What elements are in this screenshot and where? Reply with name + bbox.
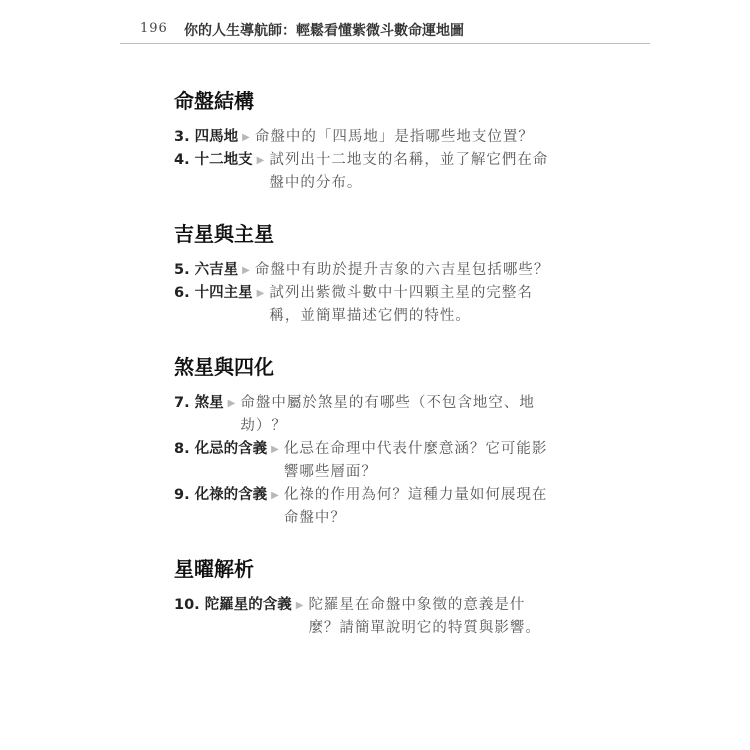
question-label: 5. 六吉星 bbox=[174, 259, 238, 282]
section-malefic-stars-and-transformations: 煞星與四化 7. 煞星 ▶ 命盤中屬於煞星的有哪些（不包含地空、地劫）？ 8. … bbox=[174, 354, 554, 530]
question-text: 陀羅星在命盤中象徵的意義是什麼？請簡單說明它的特質與影響。 bbox=[308, 594, 554, 640]
question-label: 7. 煞星 bbox=[174, 392, 224, 415]
section-title: 煞星與四化 bbox=[174, 354, 554, 380]
section-title: 星曜解析 bbox=[174, 556, 554, 582]
question-label: 8. 化忌的含義 bbox=[174, 438, 267, 461]
page-content: 命盤結構 3. 四馬地 ▶ 命盤中的「四馬地」是指哪些地支位置？ 4. 十二地支… bbox=[174, 88, 554, 666]
question-item: 8. 化忌的含義 ▶ 化忌在命理中代表什麼意涵？它可能影響哪些層面？ bbox=[174, 438, 554, 484]
question-item: 10. 陀羅星的含義 ▶ 陀羅星在命盤中象徵的意義是什麼？請簡單說明它的特質與影… bbox=[174, 594, 554, 640]
section-title: 吉星與主星 bbox=[174, 221, 554, 247]
question-item: 3. 四馬地 ▶ 命盤中的「四馬地」是指哪些地支位置？ bbox=[174, 126, 554, 149]
page-number: 196 bbox=[140, 21, 168, 36]
triangle-right-icon: ▶ bbox=[271, 438, 279, 461]
triangle-right-icon: ▶ bbox=[257, 149, 265, 172]
question-text: 命盤中的「四馬地」是指哪些地支位置？ bbox=[255, 126, 554, 149]
question-text: 化忌在命理中代表什麼意涵？它可能影響哪些層面？ bbox=[284, 438, 554, 484]
question-text: 化祿的作用為何？這種力量如何展現在命盤中？ bbox=[284, 484, 554, 530]
question-label: 9. 化祿的含義 bbox=[174, 484, 267, 507]
question-label: 3. 四馬地 bbox=[174, 126, 238, 149]
question-text: 試列出紫微斗數中十四顆主星的完整名稱，並簡單描述它們的特性。 bbox=[269, 282, 554, 328]
question-label: 4. 十二地支 bbox=[174, 149, 253, 172]
triangle-right-icon: ▶ bbox=[271, 484, 279, 507]
question-item: 4. 十二地支 ▶ 試列出十二地支的名稱，並了解它們在命盤中的分布。 bbox=[174, 149, 554, 195]
triangle-right-icon: ▶ bbox=[242, 259, 250, 282]
question-item: 7. 煞星 ▶ 命盤中屬於煞星的有哪些（不包含地空、地劫）？ bbox=[174, 392, 554, 438]
triangle-right-icon: ▶ bbox=[228, 392, 236, 415]
question-label: 6. 十四主星 bbox=[174, 282, 253, 305]
question-text: 命盤中屬於煞星的有哪些（不包含地空、地劫）？ bbox=[240, 392, 554, 438]
running-header: 196 你的人生導航師：輕鬆看懂紫微斗數命運地圖 bbox=[120, 15, 650, 44]
question-text: 試列出十二地支的名稱，並了解它們在命盤中的分布。 bbox=[269, 149, 554, 195]
question-label: 10. 陀羅星的含義 bbox=[174, 594, 292, 617]
section-star-analysis: 星曜解析 10. 陀羅星的含義 ▶ 陀羅星在命盤中象徵的意義是什麼？請簡單說明它… bbox=[174, 556, 554, 640]
book-title: 你的人生導航師：輕鬆看懂紫微斗數命運地圖 bbox=[184, 20, 464, 40]
section-lucky-and-main-stars: 吉星與主星 5. 六吉星 ▶ 命盤中有助於提升吉象的六吉星包括哪些？ 6. 十四… bbox=[174, 221, 554, 328]
question-item: 5. 六吉星 ▶ 命盤中有助於提升吉象的六吉星包括哪些？ bbox=[174, 259, 554, 282]
question-text: 命盤中有助於提升吉象的六吉星包括哪些？ bbox=[255, 259, 554, 282]
section-chart-structure: 命盤結構 3. 四馬地 ▶ 命盤中的「四馬地」是指哪些地支位置？ 4. 十二地支… bbox=[174, 88, 554, 195]
triangle-right-icon: ▶ bbox=[257, 282, 265, 305]
section-title: 命盤結構 bbox=[174, 88, 554, 114]
triangle-right-icon: ▶ bbox=[242, 126, 250, 149]
triangle-right-icon: ▶ bbox=[296, 594, 304, 617]
question-item: 6. 十四主星 ▶ 試列出紫微斗數中十四顆主星的完整名稱，並簡單描述它們的特性。 bbox=[174, 282, 554, 328]
question-item: 9. 化祿的含義 ▶ 化祿的作用為何？這種力量如何展現在命盤中？ bbox=[174, 484, 554, 530]
